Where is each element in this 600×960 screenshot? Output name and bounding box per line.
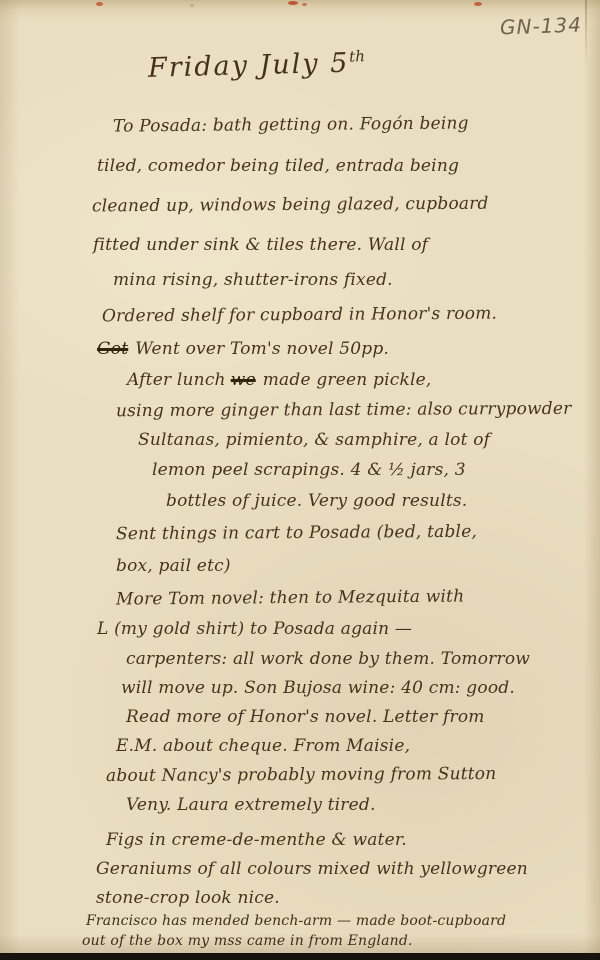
manuscript-line: After lunchwemade green pickle, [127,371,431,390]
line-text: Sultanas, pimiento, & samphire, a lot of [138,430,490,450]
page-edge-line [585,0,587,64]
line-text: carpenters: all work done by them. Tomor… [126,649,530,669]
line-text: about Nancy's probably moving from Sutto… [106,764,496,786]
manuscript-line: bottles of juice. Very good results. [166,492,467,511]
line-text: More Tom novel: then to Mezquita with [116,586,464,609]
manuscript-line: fitted under sink & tiles there. Wall of [93,236,428,255]
manuscript-line: about Nancy's probably moving from Sutto… [106,765,496,786]
line-text: L (my gold shirt) to Posada again — [97,619,412,639]
manuscript-line: using more ginger than last time: also c… [116,400,572,421]
manuscript-line: tiled, comedor being tiled, entrada bein… [97,157,459,176]
manuscript-line: Ordered shelf for cupboard in Honor's ro… [102,305,497,326]
manuscript-line: E.M. about cheque. From Maisie, [116,737,410,756]
manuscript-line: Francisco has mended bench-arm — made bo… [86,914,506,929]
line-text: Geraniums of all colours mixed with yell… [96,859,528,879]
line-text: E.M. about cheque. From Maisie, [116,736,410,756]
manuscript-line: Geraniums of all colours mixed with yell… [96,860,528,879]
line-text: made green pickle, [263,370,432,390]
archive-reference: GN-134 [500,13,583,40]
line-text: Veny. Laura extremely tired. [126,795,376,815]
manuscript-line: will move up. Son Bujosa wine: 40 cm: go… [121,679,515,698]
manuscript-line: More Tom novel: then to Mezquita with [116,587,464,609]
paper-speck [96,2,103,6]
date-ordinal-suffix: th [349,47,365,65]
manuscript-line: mina rising, shutter-irons fixed. [113,271,393,290]
manuscript-page: GN-134 Friday July 5th To Posada: bath g… [0,0,600,960]
line-text: will move up. Son Bujosa wine: 40 cm: go… [121,678,515,698]
line-text: mina rising, shutter-irons fixed. [113,270,393,290]
scan-edge [0,953,600,960]
manuscript-line: To Posada: bath getting on. Fogón being [113,114,469,136]
entry-date-heading: Friday July 5th [148,47,366,84]
line-text: Francisco has mended bench-arm — made bo… [86,913,506,929]
line-text: Sent things in cart to Posada (bed, tabl… [116,522,477,545]
line-text: Ordered shelf for cupboard in Honor's ro… [102,304,497,327]
line-text: To Posada: bath getting on. Fogón being [113,113,469,136]
manuscript-line: Sent things in cart to Posada (bed, tabl… [116,523,477,544]
line-text: stone-crop look nice. [96,888,280,908]
line-text: bottles of juice. Very good results. [166,491,467,511]
paper-speck [190,4,194,7]
manuscript-line: Read more of Honor's novel. Letter from [126,708,485,727]
paper-speck [288,1,298,5]
manuscript-line: GotWent over Tom's novel 50pp. [97,340,389,359]
manuscript-line: lemon peel scrapings. 4 & ½ jars, 3 [152,461,466,480]
manuscript-line: Veny. Laura extremely tired. [126,796,376,815]
manuscript-line: carpenters: all work done by them. Tomor… [126,650,530,669]
entry-date-text: Friday July 5 [148,48,350,84]
struck-word: Got [97,339,128,359]
line-text: out of the box my mss came in from Engla… [82,933,413,949]
manuscript-line: stone-crop look nice. [96,889,280,908]
line-text: fitted under sink & tiles there. Wall of [93,235,428,255]
line-text: box, pail etc) [116,556,231,576]
manuscript-line: box, pail etc) [116,557,231,576]
manuscript-line: Figs in creme-de-menthe & water. [106,831,407,850]
line-text: tiled, comedor being tiled, entrada bein… [97,156,459,176]
manuscript-line: cleaned up, windows being glazed, cupboa… [92,195,489,216]
manuscript-line: Sultanas, pimiento, & samphire, a lot of [138,431,490,450]
line-text: After lunch [127,370,226,390]
manuscript-line: out of the box my mss came in from Engla… [82,934,413,949]
struck-word: we [231,370,256,390]
line-text: lemon peel scrapings. 4 & ½ jars, 3 [152,460,466,480]
line-text: cleaned up, windows being glazed, cupboa… [92,194,489,217]
line-text: using more ginger than last time: also c… [116,399,572,421]
line-text: Went over Tom's novel 50pp. [135,339,389,359]
line-text: Read more of Honor's novel. Letter from [126,707,485,727]
paper-speck [474,2,482,6]
line-text: Figs in creme-de-menthe & water. [106,830,407,850]
paper-speck [302,3,307,6]
manuscript-line: L (my gold shirt) to Posada again — [97,620,412,639]
